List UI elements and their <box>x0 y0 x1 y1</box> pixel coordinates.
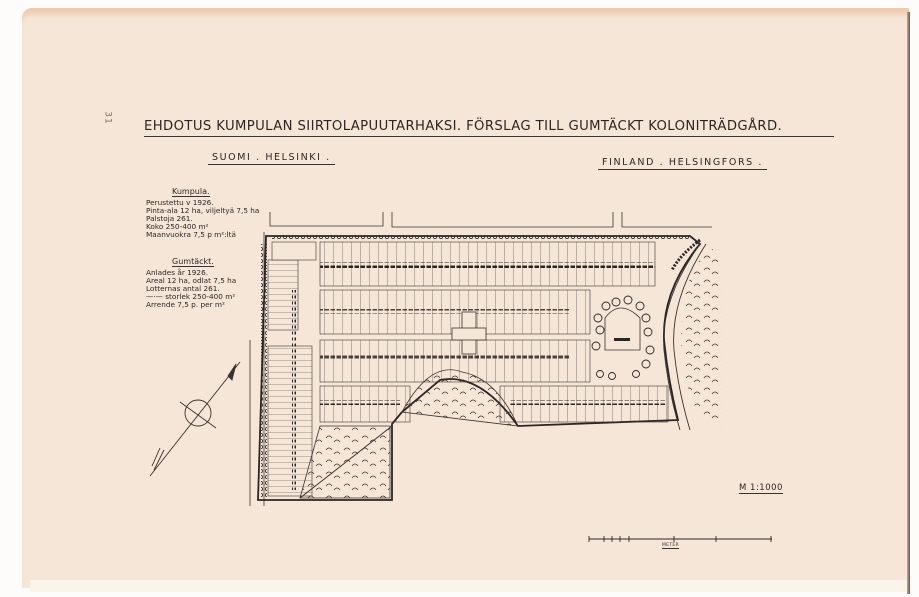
site-plan <box>0 0 919 597</box>
scalebar-label: METER <box>662 543 679 549</box>
woodland-right <box>681 248 722 430</box>
scalebar <box>589 536 772 542</box>
scanned-document: 31 EHDOTUS KUMPULAN SIIRTOLAPUUTARHAKSI.… <box>0 0 919 597</box>
park-clearing <box>592 296 654 380</box>
hedge-top <box>272 236 690 241</box>
hedge-left <box>261 244 267 498</box>
north-arrow-icon <box>150 362 240 476</box>
scale-label: M 1:1000 <box>739 483 783 494</box>
